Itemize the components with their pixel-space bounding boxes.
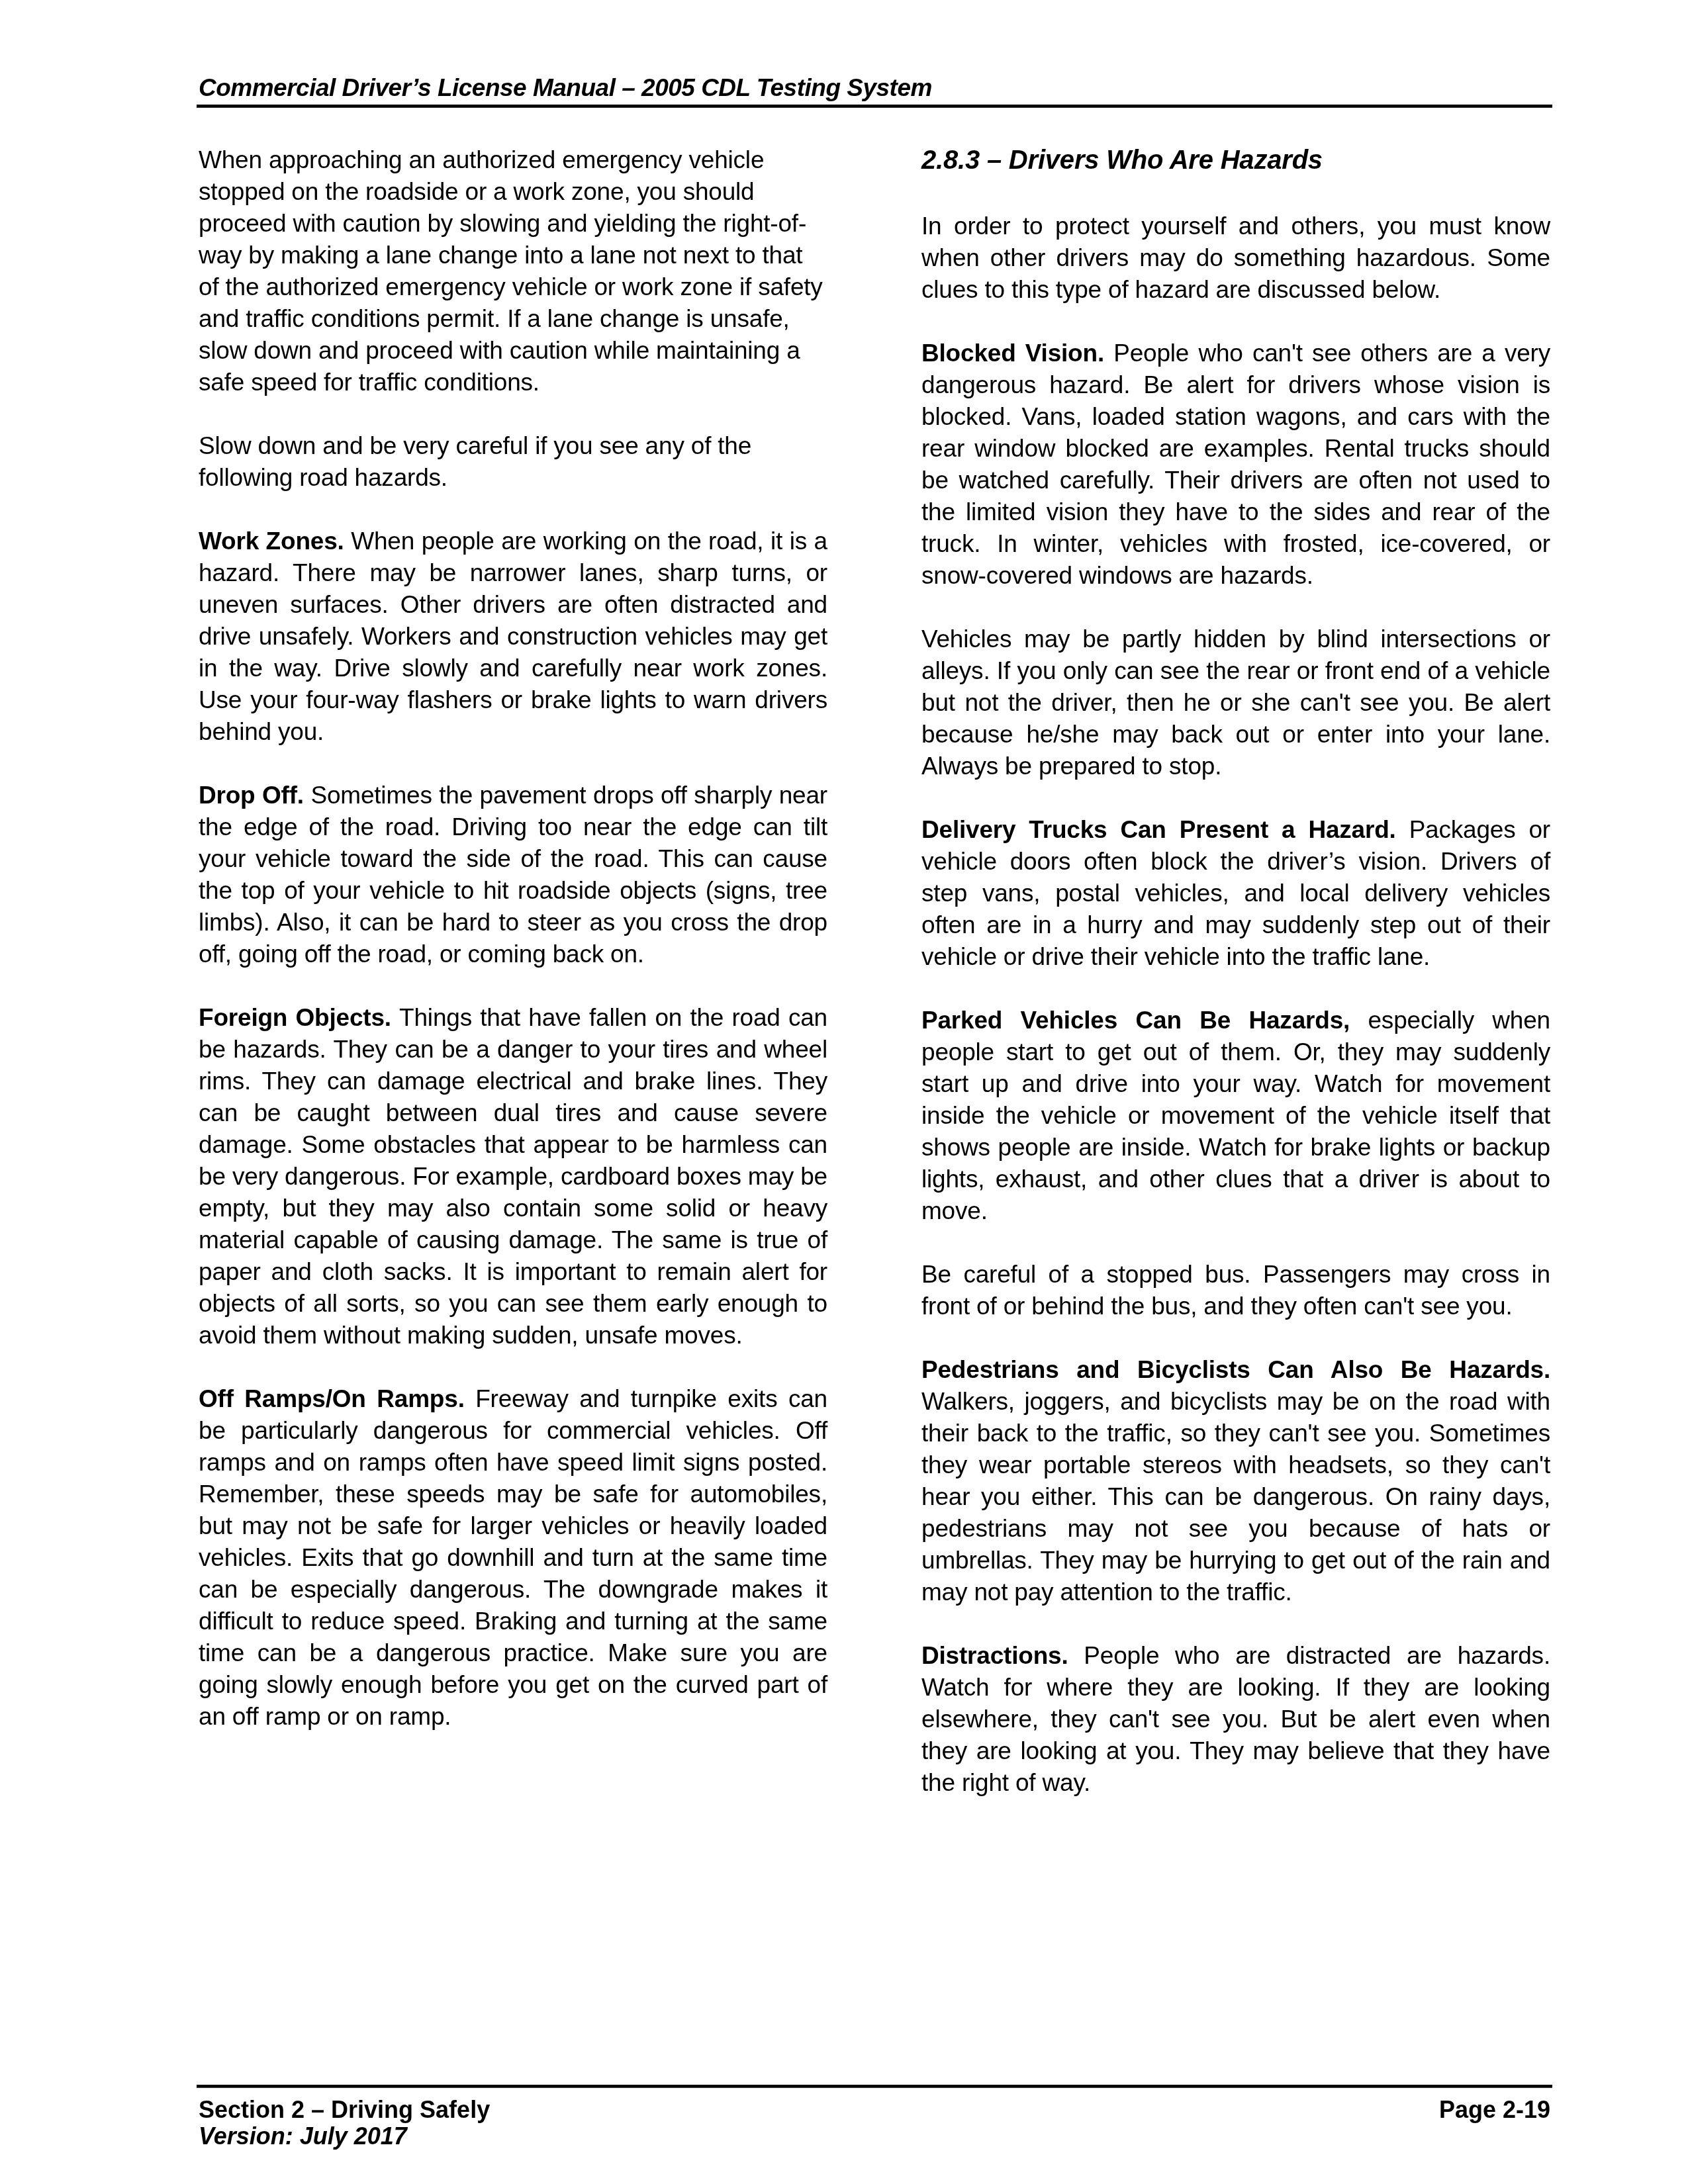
right-column: 2.8.3 – Drivers Who Are Hazards In order… <box>921 144 1550 1831</box>
paragraph-delivery-trucks: Delivery Trucks Can Present a Hazard. Pa… <box>921 814 1550 973</box>
paragraph-hidden-vehicles: Vehicles may be partly hidden by blind i… <box>921 623 1550 782</box>
paragraph-blocked-vision: Blocked Vision. People who can't see oth… <box>921 338 1550 592</box>
paragraph-text: When people are working on the road, it … <box>199 527 827 745</box>
paragraph-lead-drop-off: Drop Off. <box>199 782 310 809</box>
paragraph-lead-foreign-objects: Foreign Objects. <box>199 1004 399 1031</box>
paragraph-text: Slow down and be very careful if you see… <box>199 432 751 491</box>
footer-rule <box>197 2085 1552 2088</box>
paragraph-emergency-vehicle: When approaching an authorized emergency… <box>199 144 827 398</box>
paragraph-stopped-bus: Be careful of a stopped bus. Passengers … <box>921 1259 1550 1322</box>
paragraph-lead-off-ramps: Off Ramps/On Ramps. <box>199 1385 475 1412</box>
paragraph-off-ramps: Off Ramps/On Ramps. Freeway and turnpike… <box>199 1383 827 1733</box>
paragraph-lead-delivery-trucks: Delivery Trucks Can Present a Hazard. <box>921 816 1409 843</box>
paragraph-text: In order to protect yourself and others,… <box>921 212 1550 303</box>
footer-version-label: Version: July 2017 <box>199 2123 407 2150</box>
paragraph-lead-work-zones: Work Zones. <box>199 527 351 555</box>
paragraph-lead-blocked-vision: Blocked Vision. <box>921 340 1113 367</box>
left-column: When approaching an authorized emergency… <box>199 144 827 1764</box>
paragraph-intro-hazards: In order to protect yourself and others,… <box>921 210 1550 306</box>
paragraph-text: Sometimes the pavement drops off sharply… <box>199 782 827 968</box>
footer-section-label: Section 2 – Driving Safely <box>199 2097 490 2123</box>
paragraph-text: Things that have fallen on the road can … <box>199 1004 827 1349</box>
footer-row: Section 2 – Driving Safely Page 2-19 <box>199 2097 1550 2123</box>
paragraph-slow-down: Slow down and be very careful if you see… <box>199 430 827 494</box>
paragraph-lead-parked-vehicles: Parked Vehicles Can Be Hazards, <box>921 1007 1368 1034</box>
paragraph-text: When approaching an authorized emergency… <box>199 146 823 396</box>
footer-page-number: Page 2-19 <box>1439 2097 1550 2123</box>
paragraph-text: People who can't see others are a very d… <box>921 340 1550 589</box>
paragraph-text: Be careful of a stopped bus. Passengers … <box>921 1261 1550 1320</box>
paragraph-work-zones: Work Zones. When people are working on t… <box>199 525 827 748</box>
paragraph-pedestrians-bicyclists: Pedestrians and Bicyclists Can Also Be H… <box>921 1354 1550 1608</box>
paragraph-drop-off: Drop Off. Sometimes the pavement drops o… <box>199 780 827 970</box>
paragraph-lead-pedestrians: Pedestrians and Bicyclists Can Also Be H… <box>921 1356 1550 1383</box>
section-heading-2-8-3: 2.8.3 – Drivers Who Are Hazards <box>921 144 1550 176</box>
page-header-title: Commercial Driver’s License Manual – 200… <box>199 74 932 102</box>
paragraph-text: especially when people start to get out … <box>921 1007 1550 1224</box>
paragraph-parked-vehicles: Parked Vehicles Can Be Hazards, especial… <box>921 1005 1550 1227</box>
paragraph-text: Walkers, joggers, and bicyclists may be … <box>921 1388 1550 1606</box>
document-page: Commercial Driver’s License Manual – 200… <box>0 0 1688 2184</box>
paragraph-distractions: Distractions. People who are distracted … <box>921 1640 1550 1799</box>
header-rule <box>197 105 1552 108</box>
paragraph-text: Vehicles may be partly hidden by blind i… <box>921 625 1550 780</box>
paragraph-lead-distractions: Distractions. <box>921 1642 1084 1669</box>
paragraph-text: Freeway and turnpike exits can be partic… <box>199 1385 827 1730</box>
paragraph-foreign-objects: Foreign Objects. Things that have fallen… <box>199 1002 827 1351</box>
